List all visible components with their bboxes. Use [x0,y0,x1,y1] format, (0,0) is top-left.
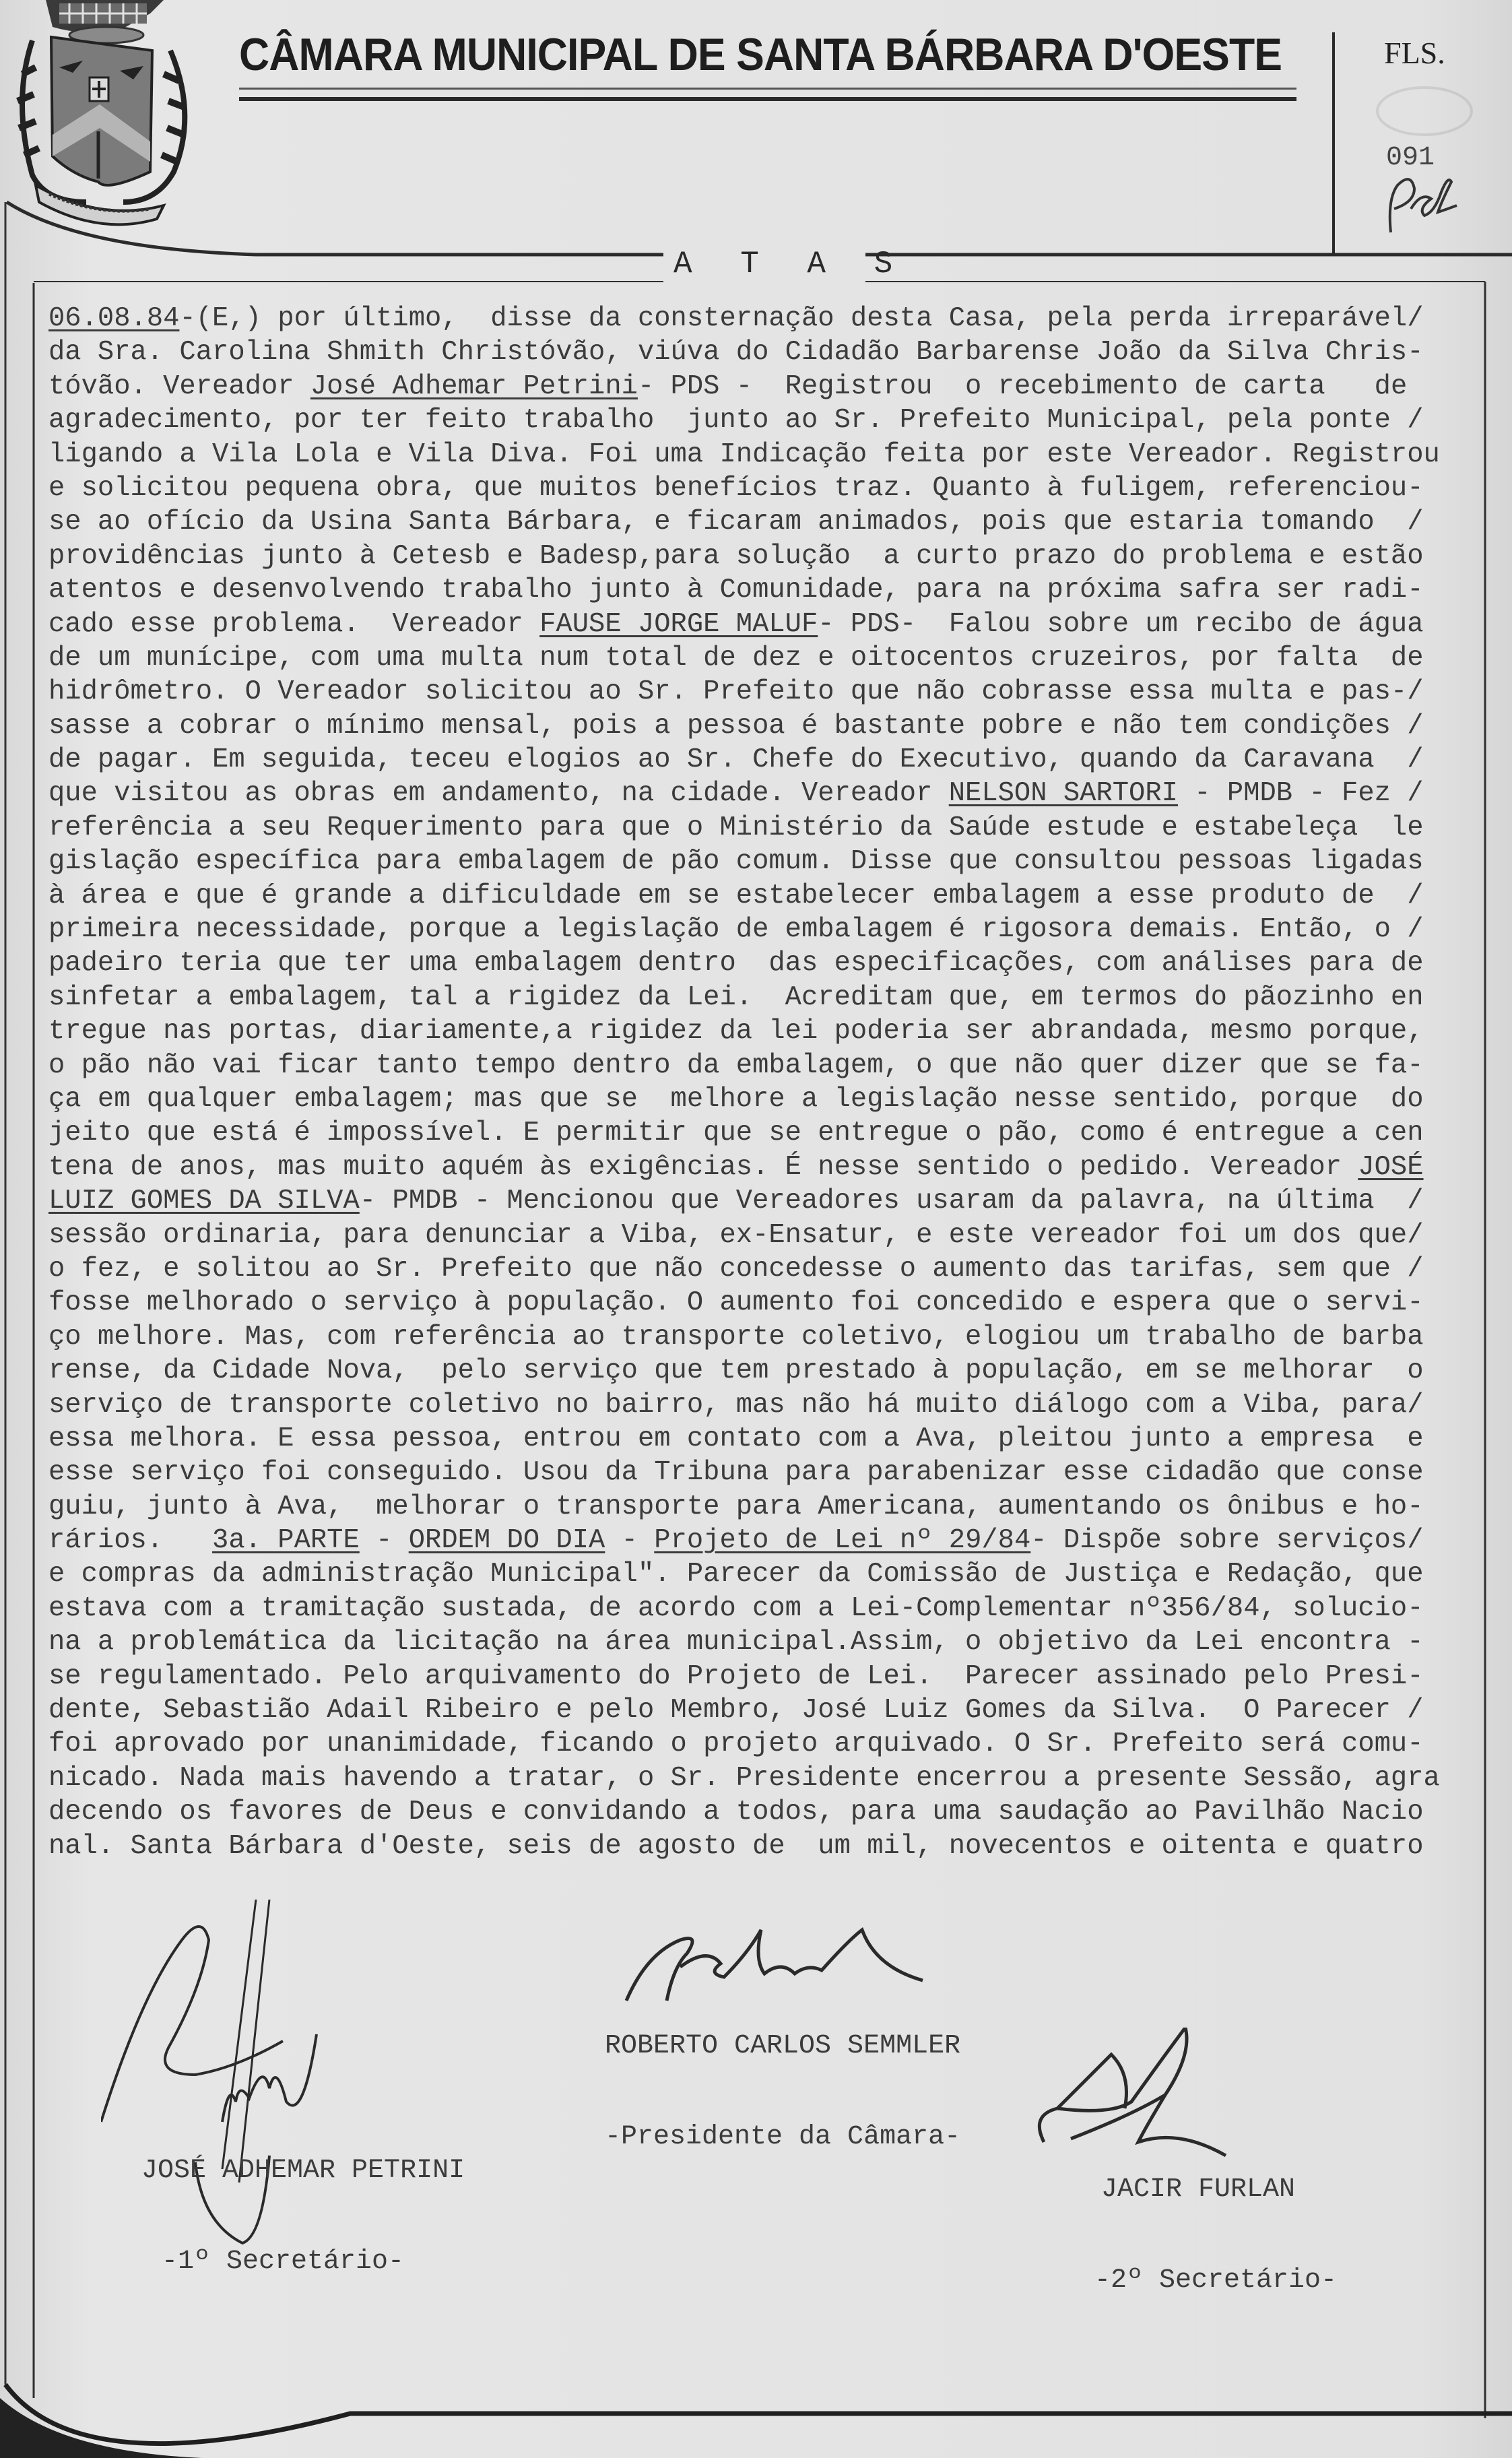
text-segment: sessão ordinaria, para denunciar a Viba,… [48,1220,1424,1251]
text-segment: gislação específica para embalagem de pã… [48,846,1424,877]
text-segment: padeiro teria que ter uma embalagem dent… [48,948,1424,979]
text-line: sasse a cobrar o mínimo mensal, pois a p… [48,709,1482,743]
text-segment: essa melhora. E essa pessoa, entrou em c… [48,1423,1424,1454]
text-segment: dente, Sebastião Adail Ribeiro e pelo Me… [48,1695,1424,1726]
text-segment: se regulamentado. Pelo arquivamento do P… [48,1661,1424,1692]
document-page: CÂMARA MUNICIPAL DE SANTA BÁRBARA D'OEST… [0,0,1512,2458]
text-segment: rense, da Cidade Nova, pelo serviço que … [48,1355,1424,1386]
text-line: referência a seu Requerimento para que o… [48,811,1482,845]
text-line: rense, da Cidade Nova, pelo serviço que … [48,1354,1482,1388]
text-line: que visitou as obras em andamento, na ci… [48,777,1482,810]
text-segment: estava com a tramitação sustada, de acor… [48,1593,1424,1624]
text-line: foi aprovado por unanimidade, ficando o … [48,1727,1482,1761]
text-segment: de pagar. Em seguida, teceu elogios ao S… [48,744,1424,775]
text-segment: à área e que é grande a dificuldade em s… [48,880,1424,911]
text-line: de um munícipe, com uma multa num total … [48,641,1482,675]
text-segment: referência a seu Requerimento para que o… [48,812,1424,843]
text-segment: hidrômetro. O Vereador solicitou ao Sr. … [48,676,1424,707]
text-segment: tena de anos, mas muito aquém às exigênc… [48,1152,1358,1183]
section-title: A T A S [673,247,907,282]
text-line: tóvão. Vereador José Adhemar Petrini- PD… [48,370,1482,403]
signature-second-secretary: JACIR FURLAN -2º Secretário- [1094,2114,1337,2356]
signer-name: ROBERTO CARLOS SEMMLER [605,2031,960,2061]
text-segment: da Sra. Carolina Shmith Christóvão, viúv… [48,337,1424,368]
text-segment: ça em qualquer embalagem; mas que se mel… [48,1084,1424,1115]
text-segment: - PMDB - Mencionou que Vereadores usaram… [360,1186,1424,1217]
text-line: guiu, junto à Ava, melhorar o transporte… [48,1490,1482,1524]
text-line: atentos e desenvolvendo trabalho junto à… [48,573,1482,607]
institution-title: CÂMARA MUNICIPAL DE SANTA BÁRBARA D'OEST… [239,28,1212,81]
text-line: tena de anos, mas muito aquém às exigênc… [48,1151,1482,1184]
text-line: gislação específica para embalagem de pã… [48,845,1482,878]
text-segment: tóvão. Vereador [48,371,310,402]
text-segment: decendo os favores de Deus e convidando … [48,1797,1424,1828]
title-rule-thin [239,88,1296,90]
text-segment: rários. [48,1525,212,1556]
text-line: primeira necessidade, porque a legislaçã… [48,913,1482,946]
text-line: ça em qualquer embalagem; mas que se mel… [48,1082,1482,1116]
text-line: hidrômetro. O Vereador solicitou ao Sr. … [48,675,1482,709]
text-line: rários. 3a. PARTE - ORDEM DO DIA - Proje… [48,1524,1482,1557]
text-segment: o fez, e solitou ao Sr. Prefeito que não… [48,1254,1424,1285]
signer-name: JOSÉ ADHEMAR PETRINI [141,2156,465,2186]
text-line: esse serviço foi conseguido. Usou da Tri… [48,1456,1482,1489]
text-line: jeito que está é impossível. E permitir … [48,1116,1482,1150]
text-segment: - PDS - Registrou o recebimento de carta… [638,371,1407,402]
text-line: se regulamentado. Pelo arquivamento do P… [48,1660,1482,1693]
underlined-text: FAUSE JORGE MALUF [539,609,818,640]
text-line: sinfetar a embalagem, tal a rigidez da L… [48,981,1482,1014]
text-line: à área e que é grande a dificuldade em s… [48,879,1482,913]
text-segment: foi aprovado por unanimidade, ficando o … [48,1728,1424,1759]
text-line: se ao ofício da Usina Santa Bárbara, e f… [48,505,1482,539]
text-segment: nal. Santa Bárbara d'Oeste, seis de agos… [48,1831,1424,1862]
text-line: LUIZ GOMES DA SILVA- PMDB - Mencionou qu… [48,1184,1482,1218]
text-segment: primeira necessidade, porque a legislaçã… [48,914,1424,945]
text-line: nal. Santa Bárbara d'Oeste, seis de agos… [48,1830,1482,1863]
text-line: providências junto à Cetesb e Badesp,par… [48,540,1482,573]
text-segment: o pão não vai ficar tanto tempo dentro d… [48,1050,1424,1081]
text-line: tregue nas portas, diariamente,a rigidez… [48,1014,1482,1048]
text-line: cado esse problema. Vereador FAUSE JORGE… [48,608,1482,641]
handwritten-initials-icon [1384,172,1458,236]
text-segment: na a problemática da licitação na área m… [48,1627,1424,1658]
text-segment: atentos e desenvolvendo trabalho junto à… [48,575,1424,606]
folio-label: FLS. [1384,35,1445,71]
text-line: o fez, e solitou ao Sr. Prefeito que não… [48,1252,1482,1286]
text-segment: - PDS- Falou sobre um recibo de água [818,609,1423,640]
text-line: nicado. Nada mais havendo a tratar, o Sr… [48,1761,1482,1795]
text-segment: -(E,) por último, disse da consternação … [179,303,1423,334]
text-segment: ligando a Vila Lola e Vila Diva. Foi uma… [48,439,1440,470]
folio-divider [1332,32,1335,255]
folio-number: 091 [1386,143,1435,173]
text-line: ligando a Vila Lola e Vila Diva. Foi uma… [48,438,1482,472]
text-segment: cado esse problema. Vereador [48,609,539,640]
text-line: serviço de transporte coletivo no bairro… [48,1388,1482,1422]
text-segment: nicado. Nada mais havendo a tratar, o Sr… [48,1763,1440,1794]
text-line: estava com a tramitação sustada, de acor… [48,1592,1482,1625]
signature-president: ROBERTO CARLOS SEMMLER -Presidente da Câ… [605,1970,960,2213]
text-line: essa melhora. E essa pessoa, entrou em c… [48,1422,1482,1456]
text-line: e compras da administração Municipal". P… [48,1557,1482,1591]
underlined-text: José Adhemar Petrini [310,371,638,402]
text-segment: de um munícipe, com uma multa num total … [48,643,1424,674]
text-segment: - Dispõe sobre serviços/ [1030,1525,1423,1556]
underlined-text: NELSON SARTORI [949,778,1178,809]
text-line: fosse melhorado o serviço à população. O… [48,1286,1482,1320]
text-segment: tregue nas portas, diariamente,a rigidez… [48,1016,1424,1047]
signer-role: -Presidente da Câmara- [605,2122,960,2152]
text-line: de pagar. Em seguida, teceu elogios ao S… [48,743,1482,777]
signer-role: -2º Secretário- [1094,2265,1337,2296]
text-segment: esse serviço foi conseguido. Usou da Tri… [48,1457,1424,1488]
signer-name: JACIR FURLAN [1094,2174,1337,2205]
faint-stamp-icon [1371,81,1478,141]
underlined-text: LUIZ GOMES DA SILVA [48,1186,360,1217]
underlined-text: 06.08.84 [48,303,179,334]
text-segment: se ao ofício da Usina Santa Bárbara, e f… [48,507,1424,538]
text-segment: - PMDB - Fez / [1178,778,1424,809]
text-line: ço melhore. Mas, com referência ao trans… [48,1320,1482,1354]
text-segment: que visitou as obras em andamento, na ci… [48,778,949,809]
text-segment: jeito que está é impossível. E permitir … [48,1118,1424,1149]
text-line: dente, Sebastião Adail Ribeiro e pelo Me… [48,1693,1482,1727]
signer-role: -1º Secretário- [141,2246,465,2277]
text-segment: e solicitou pequena obra, que muitos ben… [48,473,1424,504]
text-segment: e compras da administração Municipal". P… [48,1559,1424,1590]
text-segment: - [360,1525,409,1556]
text-segment: fosse melhorado o serviço à população. O… [48,1287,1424,1318]
text-line: e solicitou pequena obra, que muitos ben… [48,472,1482,505]
text-line: da Sra. Carolina Shmith Christóvão, viúv… [48,335,1482,369]
coat-of-arms-icon [5,0,207,229]
text-line: padeiro teria que ter uma embalagem dent… [48,946,1482,980]
underlined-text: JOSÉ [1358,1152,1423,1183]
minutes-body: 06.08.84-(E,) por último, disse da const… [48,302,1482,1863]
text-segment: serviço de transporte coletivo no bairro… [48,1390,1424,1421]
title-rule-thick [239,97,1296,101]
text-segment: agradecimento, por ter feito trabalho ju… [48,405,1424,436]
text-segment: sasse a cobrar o mínimo mensal, pois a p… [48,711,1424,742]
text-line: o pão não vai ficar tanto tempo dentro d… [48,1049,1482,1082]
text-segment: guiu, junto à Ava, melhorar o transporte… [48,1491,1424,1522]
text-segment: - [605,1525,654,1556]
underlined-text: Projeto de Lei nº 29/84 [654,1525,1030,1556]
text-segment: ço melhore. Mas, com referência ao trans… [48,1322,1424,1353]
text-line: decendo os favores de Deus e convidando … [48,1795,1482,1829]
text-segment: sinfetar a embalagem, tal a rigidez da L… [48,982,1424,1013]
underlined-text: ORDEM DO DIA [409,1525,605,1556]
signature-first-secretary: JOSÉ ADHEMAR PETRINI -1º Secretário- [141,2095,465,2337]
text-line: 06.08.84-(E,) por último, disse da const… [48,302,1482,335]
text-line: sessão ordinaria, para denunciar a Viba,… [48,1219,1482,1252]
text-segment: providências junto à Cetesb e Badesp,par… [48,541,1424,572]
underlined-text: 3a. PARTE [212,1525,360,1556]
text-line: na a problemática da licitação na área m… [48,1625,1482,1659]
text-line: agradecimento, por ter feito trabalho ju… [48,403,1482,437]
